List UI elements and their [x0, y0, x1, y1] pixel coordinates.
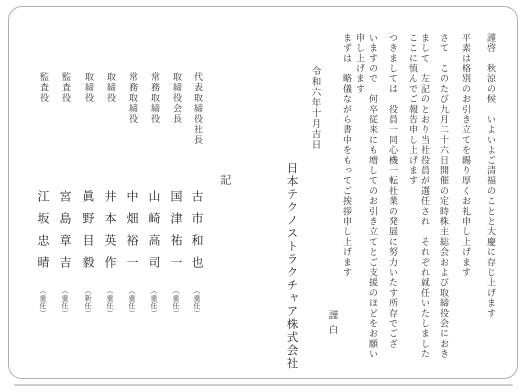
officer-name: 国津祐一: [170, 190, 182, 278]
officer-title: 取締役: [83, 72, 92, 104]
greeting-line-8: 申し上げます: [354, 33, 363, 94]
list-heading-mark: 記: [220, 174, 231, 185]
greeting-line-5: ここに慎んでご報告申し上げます: [407, 33, 416, 186]
company-name: 日本テクノストラクチャア株式会社: [286, 162, 298, 370]
officer-name: 眞野目毅: [82, 190, 94, 278]
officer-title: 取締役会長: [171, 72, 180, 125]
closing-salutation: 謹白: [327, 310, 337, 339]
officer-title: 監査役: [60, 72, 69, 104]
greeting-line-6: つきましては 役員一同心機一転社業の発展に努力いたす所存でござ: [387, 33, 396, 349]
officer-note: （新任）: [84, 287, 91, 317]
greeting-line-1: 謹啓 秋涼の候 いよいよご清福のことと大慶に存じ上げます: [485, 33, 494, 319]
greeting-line-7: いますので 何卒従来にも増してのお引き立てとご支援のほどをお願い: [367, 33, 376, 359]
greeting-line-4: まして 左記のとおり当社役員が選任され それぞれ就任いたしました: [419, 33, 428, 359]
officer-note: （重任）: [61, 287, 68, 317]
officer-name: 中畑裕一: [126, 190, 138, 278]
greeting-line-9: まずは 略儀ながら書中をもってご挨拶申し上げます: [341, 33, 350, 278]
officer-title: 常務取締役: [149, 72, 158, 125]
officer-note: （重任）: [128, 287, 135, 317]
officer-name: 宮島章吉: [59, 190, 71, 278]
officer-title: 常務取締役: [127, 72, 136, 125]
greeting-line-2: 平素は格別のお引き立てを賜り厚くお礼申し上げます: [460, 33, 469, 278]
officer-note: （重任）: [193, 287, 200, 317]
officer-note: （重任）: [150, 287, 157, 317]
officer-title: 取締役: [105, 72, 114, 104]
officer-title: 監査役: [38, 72, 47, 104]
officer-name: 井本英作: [104, 190, 116, 278]
letter-page: 謹啓 秋涼の候 いよいよご清福のことと大慶に存じ上げます 平素は格別のお引き立て…: [0, 0, 525, 391]
officer-note: （重任）: [106, 287, 113, 317]
officer-title: 代表取締役社長: [192, 72, 201, 146]
letter-date: 令和六年十月吉日: [310, 66, 320, 150]
officer-name: 江坂忠晴: [37, 190, 49, 278]
greeting-line-3: さて このたび九月二十六日開催の定時株主総会および取締役会におき: [438, 33, 447, 359]
officer-note: （重任）: [39, 287, 46, 317]
page-edge-shadow: [14, 384, 513, 386]
officer-name: 古市和也: [191, 190, 203, 278]
officer-name: 山崎高司: [148, 190, 160, 278]
officer-note: （重任）: [172, 287, 179, 317]
